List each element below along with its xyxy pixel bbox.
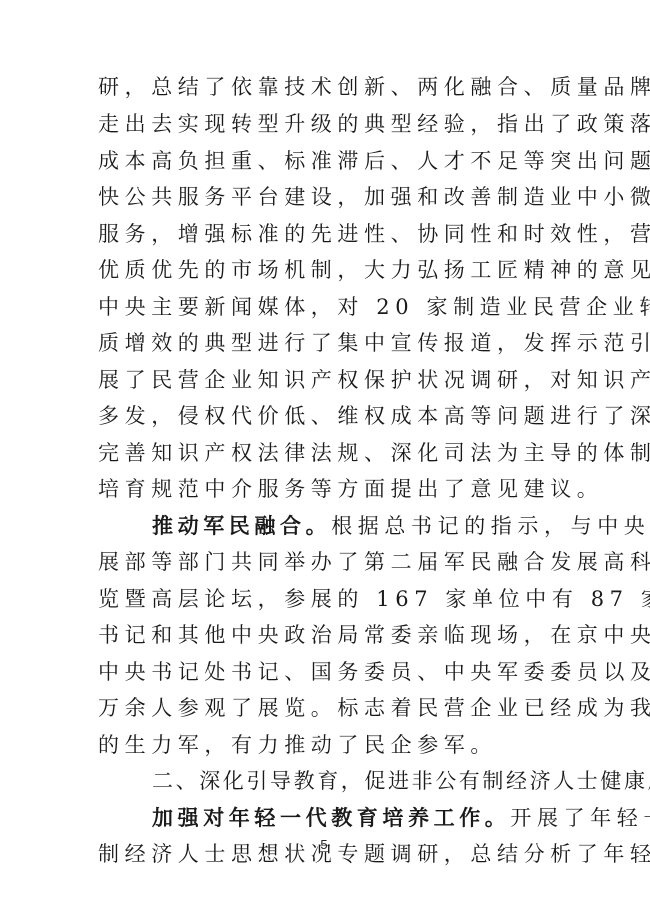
text-line: 万余人参观了展览。标志着民营企业已经成为我国军工领域 — [98, 693, 554, 723]
text-line: 质增效的典型进行了集中宣传报道，发挥示范引领作用。开 — [98, 328, 554, 358]
text-line: 中央书记处书记、国务委员、中央军委委员以及社会各界 3 — [98, 657, 554, 687]
text-line: 服务，增强标准的先进性、协同性和时效性，营造优质优价、 — [98, 219, 554, 249]
text-line: 研，总结了依靠技术创新、两化融合、质量品牌、人才保障、 — [98, 72, 554, 102]
paragraph-text: 开展了年轻一代非公有 — [510, 806, 650, 830]
text-line: 展了民营企业知识产权保护状况调研，对知识产权侵权易发 — [98, 365, 554, 395]
paragraph-first-line: 推动军民融合。根据总书记的指示，与中央军委装备发 — [152, 511, 554, 541]
text-line: 完善知识产权法律法规、深化司法为主导的体制机制改革、 — [98, 438, 554, 468]
paragraph-lead-title: 推动军民融合。 — [152, 514, 331, 538]
text-line: 快公共服务平台建设，加强和改善制造业中小微企业的金融 — [98, 182, 554, 212]
text-line: 中央主要新闻媒体，对 20 家制造业民营企业转型升级、提 — [98, 292, 554, 322]
paragraph-lead-title: 加强对年轻一代教育培养工作。 — [152, 806, 510, 830]
text-line: 的生力军，有力推动了民企参军。 — [98, 730, 554, 760]
page-number: 5 — [316, 836, 332, 854]
text-line: 览暨高层论坛，参展的 167 家单位中有 87 家民营企业。总 — [98, 584, 554, 614]
paragraph-first-line: 加强对年轻一代教育培养工作。开展了年轻一代非公有 — [152, 803, 554, 833]
section-heading: 二、深化引导教育，促进非公有制经济人士健康成长 — [152, 766, 554, 796]
paragraph-text: 根据总书记的指示，与中央军委装备发 — [331, 514, 650, 538]
text-line: 成本高负担重、标准滞后、人才不足等突出问题，提出了加 — [98, 146, 554, 176]
document-page: 研，总结了依靠技术创新、两化融合、质量品牌、人才保障、 走出去实现转型升级的典型… — [0, 0, 650, 919]
text-line: 书记和其他中央政治局常委亲临现场，在京中央政治局委员、 — [98, 620, 554, 650]
text-line: 多发，侵权代价低、维权成本高等问题进行了深入分析，就 — [98, 401, 554, 431]
text-line: 走出去实现转型升级的典型经验，指出了政策落实不到位、 — [98, 109, 554, 139]
text-line: 展部等部门共同举办了第二届军民融合发展高科技成果展 — [98, 547, 554, 577]
text-line: 培育规范中介服务等方面提出了意见建议。 — [98, 474, 554, 504]
text-line: 优质优先的市场机制，大力弘扬工匠精神的意见建议。通过 — [98, 255, 554, 285]
